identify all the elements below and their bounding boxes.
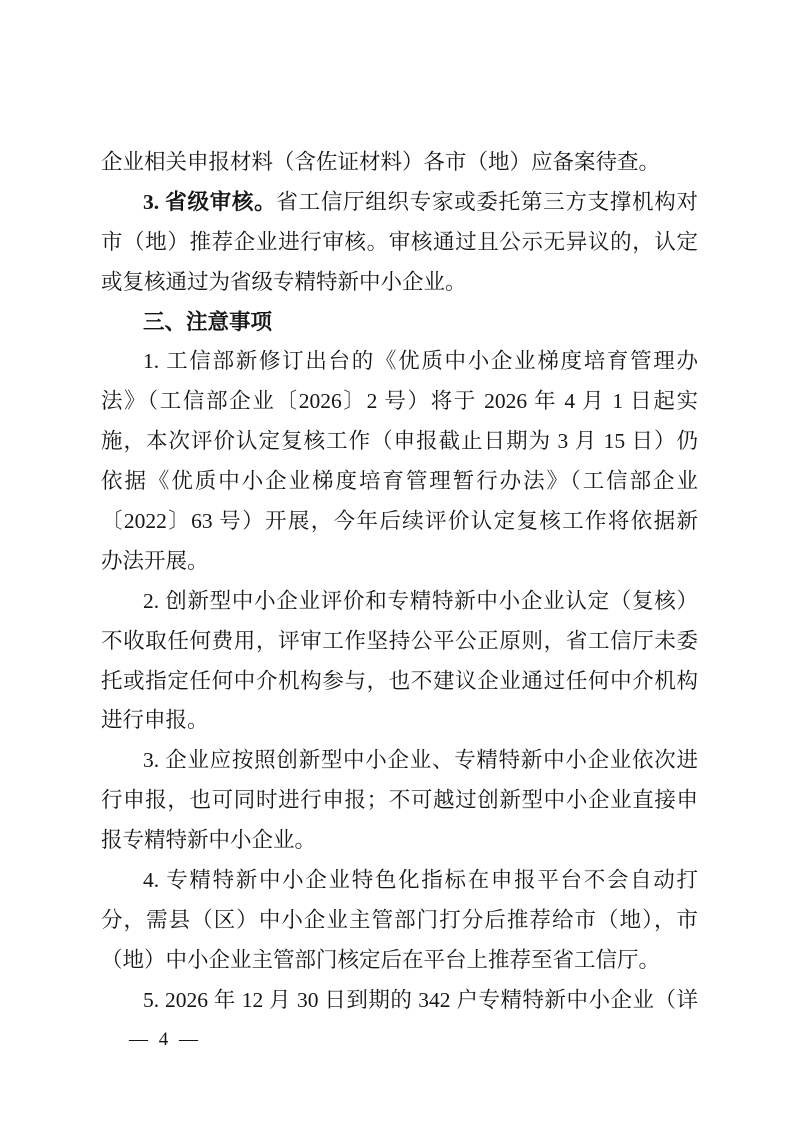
text-line: 依据《优质中小企业梯度培育管理暂行办法》（工信部企业 xyxy=(101,462,698,502)
text-line: 法》（工信部企业〔2026〕2 号）将于 2026 年 4 月 1 日起实 xyxy=(101,382,698,422)
text-line: 报专精特新中小企业。 xyxy=(101,821,698,861)
text-line: 办法开展。 xyxy=(101,542,698,582)
text-line: 进行申报。 xyxy=(101,701,698,741)
bold-lead: 3. 省级审核。 xyxy=(143,190,276,214)
page-number: — 4 — xyxy=(129,1028,201,1052)
text-line: 施，本次评价认定复核工作（申报截止日期为 3 月 15 日）仍 xyxy=(101,422,698,462)
text-line: 3. 企业应按照创新型中小企业、专精特新中小企业依次进 xyxy=(101,741,698,781)
text-line: 托或指定任何中介机构参与，也不建议企业通过任何中介机构 xyxy=(101,662,698,702)
text-line: 1. 工信部新修订出台的《优质中小企业梯度培育管理办 xyxy=(101,342,698,382)
text-line: 企业相关申报材料（含佐证材料）各市（地）应备案待查。 xyxy=(101,143,698,183)
text-line: 行申报，也可同时进行申报；不可越过创新型中小企业直接申 xyxy=(101,781,698,821)
line-text: 省工信厅组织专家或委托第三方支撑机构对 xyxy=(276,190,698,214)
text-line: 市（地）推荐企业进行审核。审核通过且公示无异议的，认定 xyxy=(101,223,698,263)
text-line: 4. 专精特新中小企业特色化指标在申报平台不会自动打 xyxy=(101,861,698,901)
text-line: 或复核通过为省级专精特新中小企业。 xyxy=(101,263,698,303)
text-line: 〔2022〕63 号）开展，今年后续评价认定复核工作将依据新 xyxy=(101,502,698,542)
text-line: 2. 创新型中小企业评价和专精特新中小企业认定（复核） xyxy=(101,582,698,622)
text-line: 5. 2026 年 12 月 30 日到期的 342 户专精特新中小企业（详 xyxy=(101,981,698,1021)
text-line: 分，需县（区）中小企业主管部门打分后推荐给市（地），市 xyxy=(101,901,698,941)
text-line: 不收取任何费用，评审工作坚持公平公正原则，省工信厅未委 xyxy=(101,622,698,662)
document-page: 企业相关申报材料（含佐证材料）各市（地）应备案待查。 3. 省级审核。省工信厅组… xyxy=(0,0,793,1121)
text-line: 3. 省级审核。省工信厅组织专家或委托第三方支撑机构对 xyxy=(101,183,698,223)
text-line: （地）中小企业主管部门核定后在平台上推荐至省工信厅。 xyxy=(101,941,698,981)
section-heading: 三、注意事项 xyxy=(101,303,698,343)
text-block: 企业相关申报材料（含佐证材料）各市（地）应备案待查。 3. 省级审核。省工信厅组… xyxy=(101,143,698,1021)
